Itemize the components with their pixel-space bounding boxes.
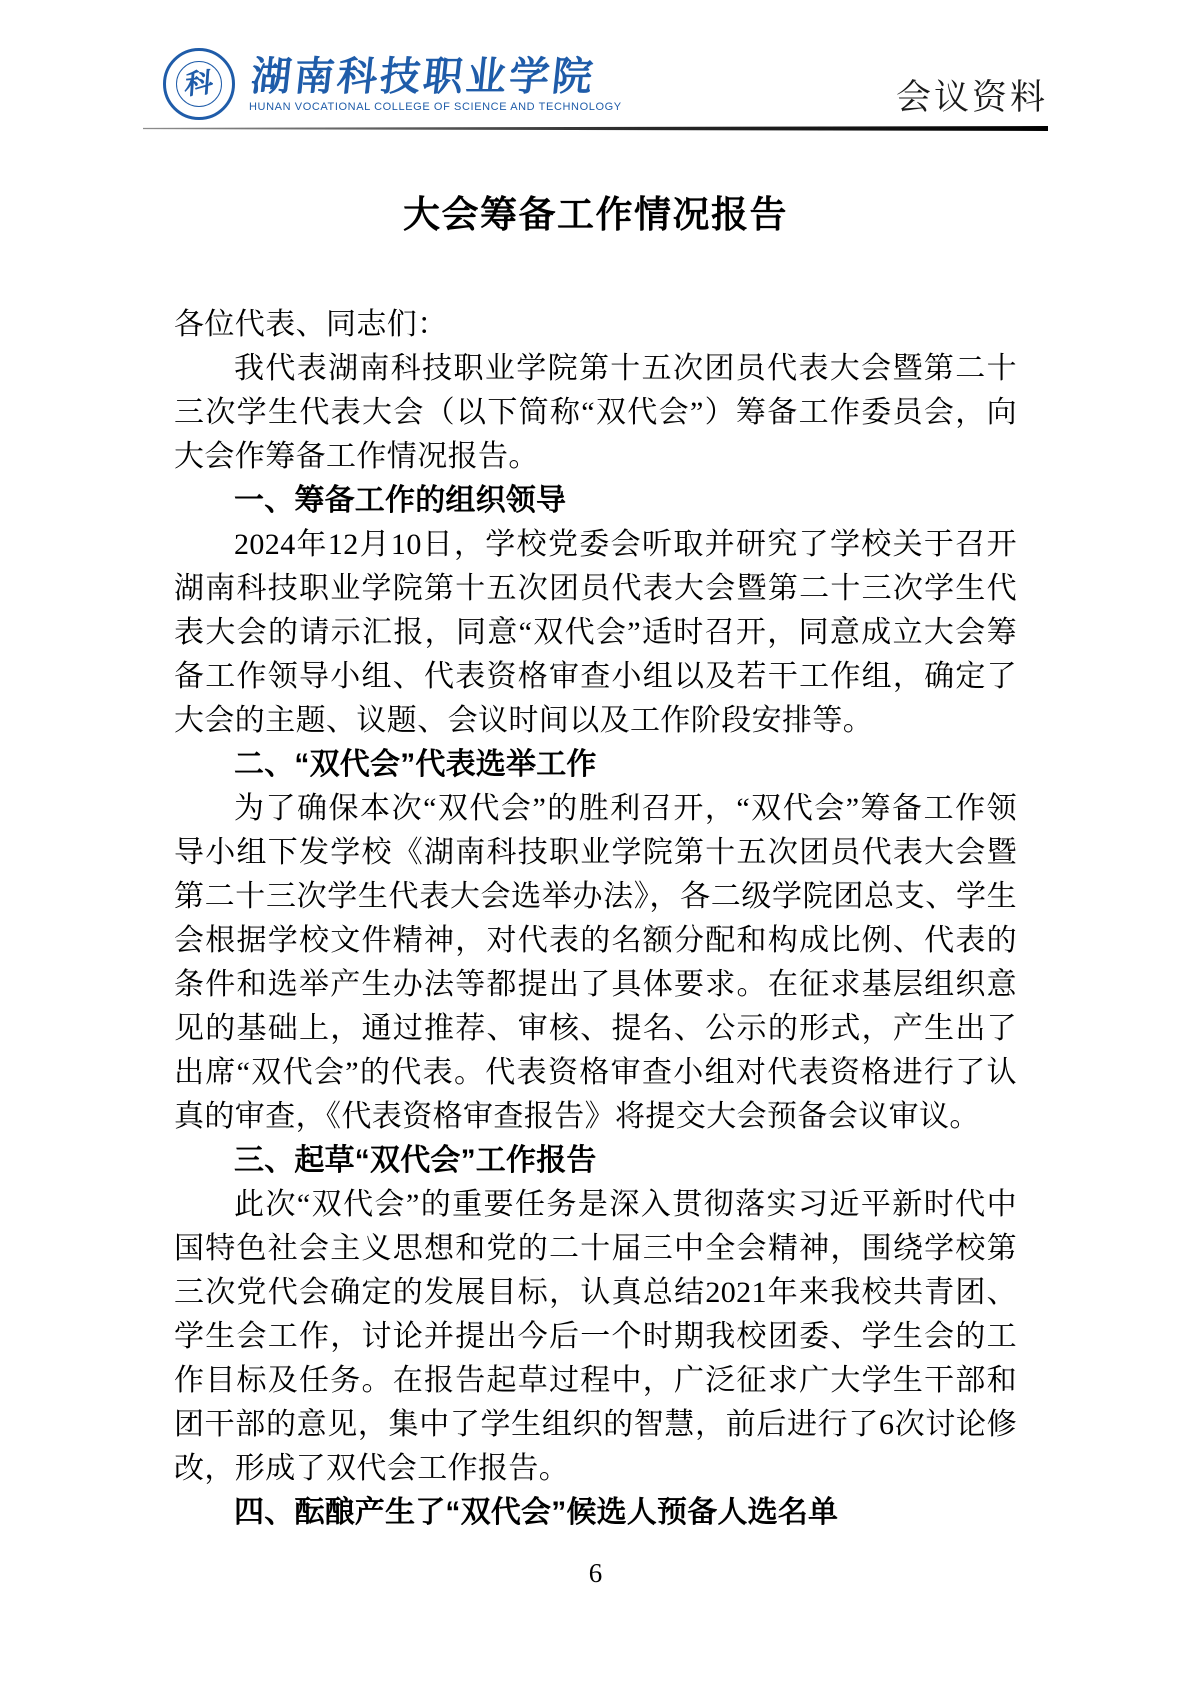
body-paragraph: 我代表湖南科技职业学院第十五次团员代表大会暨第二十三次学生代表大会（以下简称“双… — [174, 347, 1017, 479]
section-heading: 四、酝酿产生了“双代会”候选人预备人选名单 — [174, 1491, 1017, 1535]
salutation-line: 各位代表、同志们： — [174, 303, 1017, 347]
header-rule — [143, 126, 1048, 131]
section-heading: 三、起草“双代会”工作报告 — [174, 1139, 1017, 1183]
section-heading: 一、筹备工作的组织领导 — [174, 479, 1017, 523]
section-heading: 二、“双代会”代表选举工作 — [174, 743, 1017, 787]
page-footer: 6 — [0, 1560, 1191, 1587]
body-paragraph: 此次“双代会”的重要任务是深入贯彻落实习近平新时代中国特色社会主义思想和党的二十… — [174, 1183, 1017, 1491]
paragraph-container: 各位代表、同志们：我代表湖南科技职业学院第十五次团员代表大会暨第二十三次学生代表… — [174, 303, 1017, 1535]
page-number: 6 — [589, 1558, 603, 1588]
body-paragraph: 为了确保本次“双代会”的胜利召开，“双代会”筹备工作领导小组下发学校《湖南科技职… — [174, 787, 1017, 1139]
document-page: 科 湖南科技职业学院 HUNAN VOCATIONAL COLLEGE OF S… — [0, 0, 1191, 1684]
letterhead: 科 湖南科技职业学院 HUNAN VOCATIONAL COLLEGE OF S… — [143, 46, 1048, 122]
document-title: 大会筹备工作情况报告 — [174, 193, 1017, 237]
body-paragraph: 2024年12月10日，学校党委会听取并研究了学校关于召开湖南科技职业学院第十五… — [174, 523, 1017, 743]
college-seal-icon: 科 — [163, 48, 235, 120]
page-header: 科 湖南科技职业学院 HUNAN VOCATIONAL COLLEGE OF S… — [0, 0, 1191, 131]
seal-monogram: 科 — [184, 69, 214, 100]
document-body: 大会筹备工作情况报告 各位代表、同志们：我代表湖南科技职业学院第十五次团员代表大… — [0, 193, 1191, 1535]
document-category-label: 会议资料 — [896, 70, 1048, 120]
